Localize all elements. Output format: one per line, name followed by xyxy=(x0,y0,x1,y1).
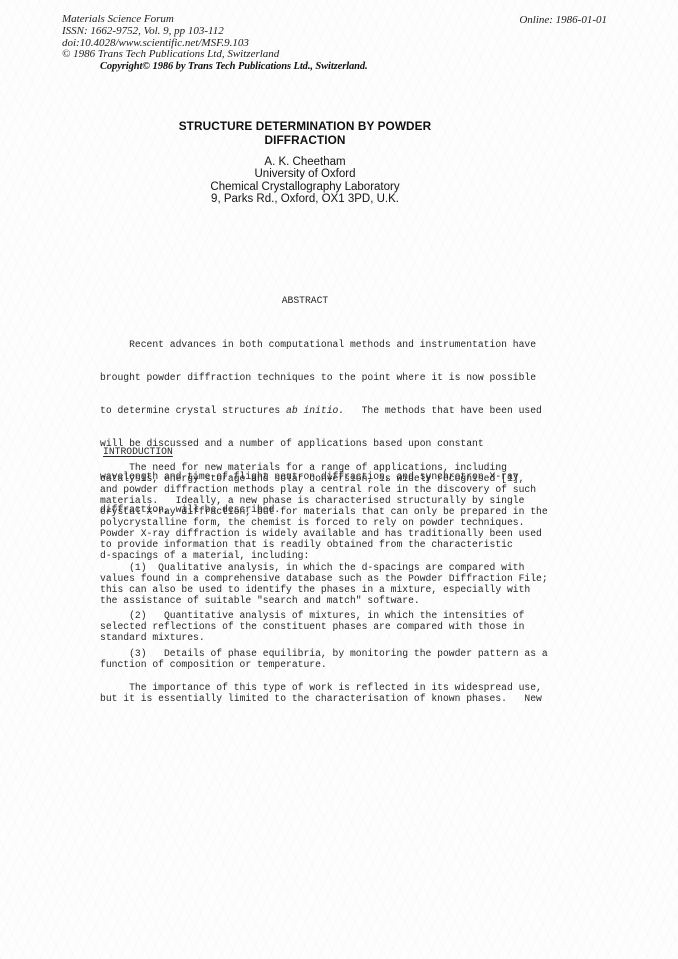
publication-header: Materials Science Forum ISSN: 1662-9752,… xyxy=(62,14,279,61)
author-affiliation-university: University of Oxford xyxy=(60,168,550,180)
paper-title-line2: DIFFRACTION xyxy=(60,134,550,148)
introduction-paragraph-2: The importance of this type of work is r… xyxy=(100,682,542,704)
ab-initio-italic: ab initio. xyxy=(286,405,344,416)
abstract-heading: ABSTRACT xyxy=(100,295,510,306)
author-affiliation-address: 9, Parks Rd., Oxford, OX1 3PD, U.K. xyxy=(60,193,550,205)
introduction-item-2: (2) Quantitative analysis of mixtures, i… xyxy=(100,610,524,643)
introduction-item-1: (1) Qualitative analysis, in which the d… xyxy=(100,562,548,606)
online-date: Online: 1986-01-01 xyxy=(519,14,607,26)
abstract-line-segment: The methods that have been used xyxy=(344,405,542,416)
introduction-paragraph-1: The need for new materials for a range o… xyxy=(100,462,548,561)
abstract-line: Recent advances in both computational me… xyxy=(100,339,542,350)
introduction-heading: INTRODUCTION xyxy=(103,446,173,457)
issn-volume-pages: ISSN: 1662-9752, Vol. 9, pp 103-112 xyxy=(62,26,279,38)
introduction-item-3: (3) Details of phase equilibria, by moni… xyxy=(100,648,548,670)
author-name: A. K. Cheetham xyxy=(60,156,550,168)
paper-title: STRUCTURE DETERMINATION BY POWDER DIFFRA… xyxy=(60,120,550,147)
abstract-line: to determine crystal structures ab initi… xyxy=(100,405,542,416)
copyright-stamp: Copyright© 1986 by Trans Tech Publicatio… xyxy=(100,60,368,72)
copyright-stamp-text: Copyright© 1986 by Trans Tech Publicatio… xyxy=(100,61,368,72)
author-affiliation-laboratory: Chemical Crystallography Laboratory xyxy=(60,181,550,193)
paper-title-line1: STRUCTURE DETERMINATION BY POWDER xyxy=(60,120,550,134)
author-block: A. K. Cheetham University of Oxford Chem… xyxy=(60,156,550,205)
abstract-line: brought powder diffraction techniques to… xyxy=(100,372,542,383)
abstract-line-segment: to determine crystal structures xyxy=(100,405,286,416)
paper-page: Materials Science Forum ISSN: 1662-9752,… xyxy=(0,0,678,959)
